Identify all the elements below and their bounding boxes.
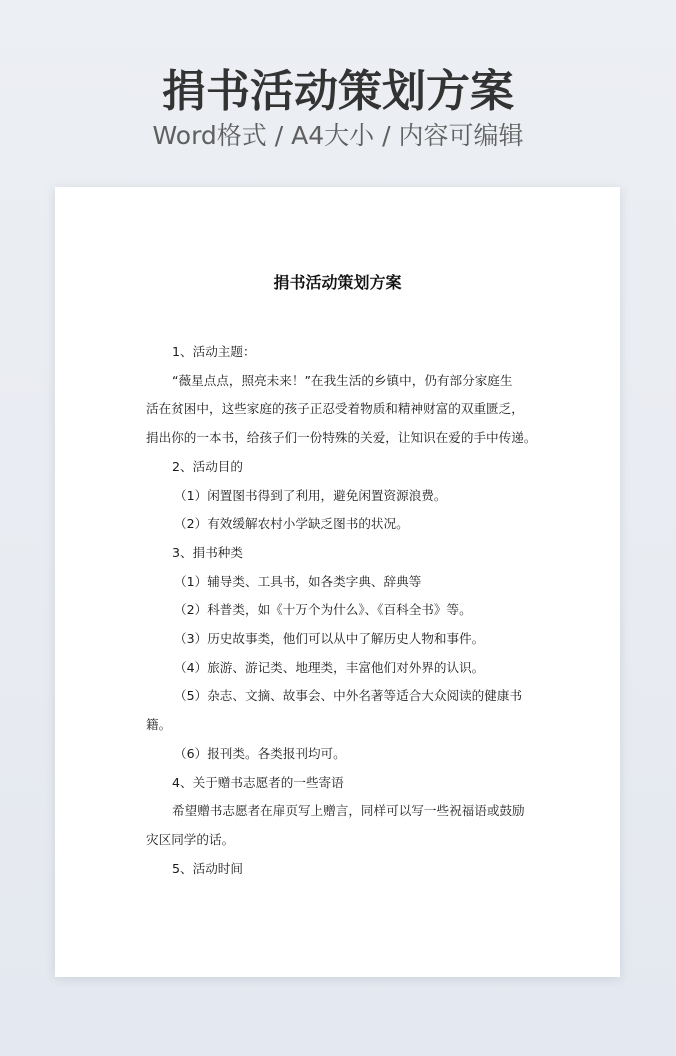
list-item: （3）历史故事类，他们可以从中了解历史人物和事件。	[146, 625, 530, 654]
document-title: 捐书活动策划方案	[55, 273, 620, 293]
list-item: （4）旅游、游记类、地理类，丰富他们对外界的认识。	[146, 654, 530, 683]
paragraph-line: 捐出你的一本书，给孩子们一份特殊的关爱，让知识在爱的手中传递。	[146, 424, 530, 453]
paragraph-line: 活在贫困中，这些家庭的孩子正忍受着物质和精神财富的双重匮乏，	[146, 395, 530, 424]
section-heading: 1、活动主题：	[146, 338, 530, 367]
paragraph-line: “薇星点点，照亮未来！”在我生活的乡镇中，仍有部分家庭生	[146, 367, 530, 396]
document-page: 捐书活动策划方案 1、活动主题： “薇星点点，照亮未来！”在我生活的乡镇中，仍有…	[55, 187, 620, 977]
paragraph-line: 希望赠书志愿者在扉页写上赠言，同样可以写一些祝福语或鼓励	[146, 797, 530, 826]
hero-subtitle: Word格式 / A4大小 / 内容可编辑	[0, 119, 676, 153]
list-item-continuation: 籍。	[146, 711, 530, 740]
list-item: （1）辅导类、工具书，如各类字典、辞典等	[146, 568, 530, 597]
section-heading: 4、关于赠书志愿者的一些寄语	[146, 769, 530, 798]
list-item: （2）有效缓解农村小学缺乏图书的状况。	[146, 510, 530, 539]
paragraph-line: 灾区同学的话。	[146, 826, 530, 855]
section-heading: 3、捐书种类	[146, 539, 530, 568]
section-heading: 5、活动时间	[146, 855, 530, 884]
list-item: （6）报刊类。各类报刊均可。	[146, 740, 530, 769]
document-body: 1、活动主题： “薇星点点，照亮未来！”在我生活的乡镇中，仍有部分家庭生 活在贫…	[146, 338, 530, 883]
list-item: （5）杂志、文摘、故事会、中外名著等适合大众阅读的健康书	[146, 682, 530, 711]
section-heading: 2、活动目的	[146, 453, 530, 482]
hero-title: 捐书活动策划方案	[0, 64, 676, 120]
list-item: （2）科普类，如《十万个为什么》、《百科全书》等。	[146, 596, 530, 625]
list-item: （1）闲置图书得到了利用，避免闲置资源浪费。	[146, 482, 530, 511]
